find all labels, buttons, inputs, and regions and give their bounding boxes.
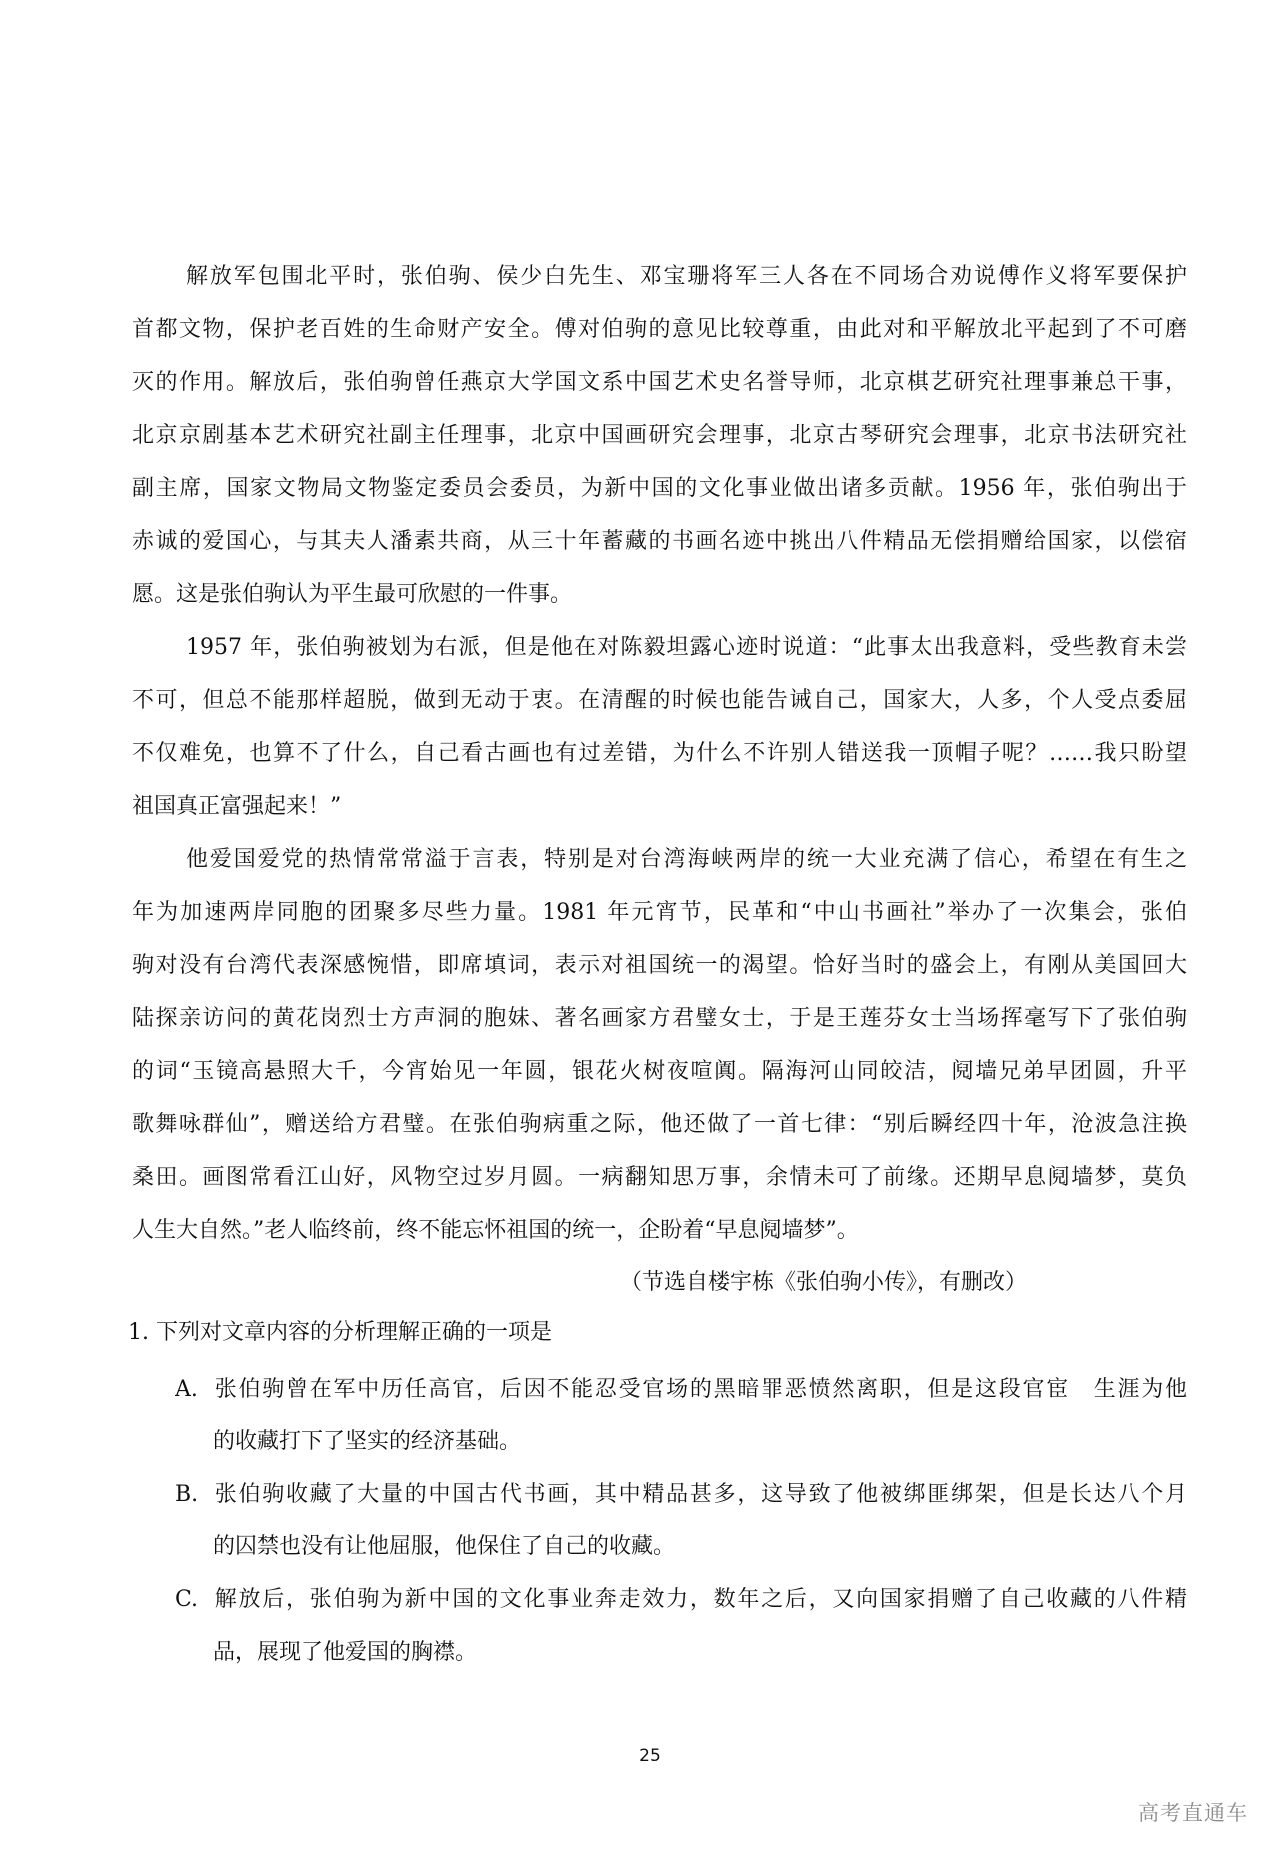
passage-line: 愿。这是张伯驹认为平生最可欣慰的一件事。 (132, 580, 1187, 610)
option-c: C.解放后，张伯驹为新中国的文化事业奔走效力，数年之后，又向国家捐赠了自己收藏的… (175, 1585, 1187, 1615)
passage-line: 不仅难免，也算不了什么，自己看古画也有过差错，为什么不许别人错送我一顶帽子呢？…… (132, 739, 1187, 769)
option-b-continuation: 的囚禁也没有让他屈服，他保住了自己的收藏。 (213, 1532, 1187, 1562)
passage-line: 的词“玉镜高悬照大千，今宵始见一年圆，银花火树夜喧阗。隔海河山同皎洁，阋墙兄弟早… (132, 1057, 1187, 1087)
option-label: A. (175, 1375, 213, 1405)
passage-line: 赤诚的爱国心，与其夫人潘素共商，从三十年蓄藏的书画名迹中挑出八件精品无偿捐赠给国… (132, 527, 1187, 557)
option-b: B.张伯驹收藏了大量的中国古代书画，其中精品甚多，这导致了他被绑匪绑架，但是长达… (175, 1480, 1187, 1510)
page-number: 25 (628, 1746, 672, 1766)
passage-line: 驹对没有台湾代表深感惋惜，即席填词，表示对祖国统一的渴望。恰好当时的盛会上，有刚… (132, 951, 1187, 981)
passage-line: 祖国真正富强起来！” (132, 792, 1187, 822)
passage-line: 灭的作用。解放后，张伯驹曾任燕京大学国文系中国艺术史名誉导师，北京棋艺研究社理事… (132, 368, 1187, 398)
passage-line: 首都文物，保护老百姓的生命财产安全。傅对伯驹的意见比较尊重，由此对和平解放北平起… (132, 315, 1187, 345)
passage-line: 他爱国爱党的热情常常溢于言表，特别是对台湾海峡两岸的统一大业充满了信心，希望在有… (186, 845, 1187, 875)
passage-line: 人生大自然。”老人临终前，终不能忘怀祖国的统一，企盼着“早息阋墙梦”。 (132, 1216, 1187, 1246)
source-citation: （节选自楼宇栋《张伯驹小传》，有删改） (620, 1268, 1040, 1298)
passage-line: 北京京剧基本艺术研究社副主任理事，北京中国画研究会理事，北京古琴研究会理事，北京… (132, 421, 1187, 451)
option-c-continuation: 品，展现了他爱国的胸襟。 (213, 1638, 1187, 1668)
question-stem: 1. 下列对文章内容的分析理解正确的一项是 (128, 1318, 728, 1348)
option-text: 解放后，张伯驹为新中国的文化事业奔走效力，数年之后，又向国家捐赠了自己收藏的八件… (213, 1587, 1187, 1612)
passage-line: 1957 年，张伯驹被划为右派，但是他在对陈毅坦露心迹时说道：“此事太出我意料，… (186, 633, 1187, 663)
option-label: B. (175, 1480, 213, 1510)
passage-line: 歌舞咏群仙”，赠送给方君璧。在张伯驹病重之际，他还做了一首七律：“别后瞬经四十年… (132, 1110, 1187, 1140)
passage-line: 不可，但总不能那样超脱，做到无动于衷。在清醒的时候也能告诫自己，国家大，人多，个… (132, 686, 1187, 716)
passage-line: 解放军包围北平时，张伯驹、侯少白先生、邓宝珊将军三人各在不同场合劝说傅作义将军要… (186, 262, 1187, 292)
passage-line: 陆探亲访问的黄花岗烈士方声洞的胞妹、著名画家方君璧女士，于是王莲芬女士当场挥毫写… (132, 1004, 1187, 1034)
passage-line: 桑田。画图常看江山好，风物空过岁月圆。一病翻知思万事，余情未可了前缘。还期早息阋… (132, 1163, 1187, 1193)
option-text: 张伯驹曾在军中历任高官，后因不能忍受官场的黑暗罪恶愤然离职，但是这段官宦 生涯为… (213, 1377, 1187, 1402)
watermark: 高考直通车 (1138, 1797, 1248, 1827)
option-a: A.张伯驹曾在军中历任高官，后因不能忍受官场的黑暗罪恶愤然离职，但是这段官宦 生… (175, 1375, 1187, 1405)
option-text: 张伯驹收藏了大量的中国古代书画，其中精品甚多，这导致了他被绑匪绑架，但是长达八个… (213, 1482, 1187, 1507)
option-a-continuation: 的收藏打下了坚实的经济基础。 (213, 1427, 1187, 1457)
passage-line: 年为加速两岸同胞的团聚多尽些力量。1981 年元宵节，民革和“中山书画社”举办了… (132, 898, 1187, 928)
option-label: C. (175, 1585, 213, 1615)
document-page: 解放军包围北平时，张伯驹、侯少白先生、邓宝珊将军三人各在不同场合劝说傅作义将军要… (0, 0, 1280, 1858)
passage-line: 副主席，国家文物局文物鉴定委员会委员，为新中国的文化事业做出诸多贡献。1956 … (132, 474, 1187, 504)
